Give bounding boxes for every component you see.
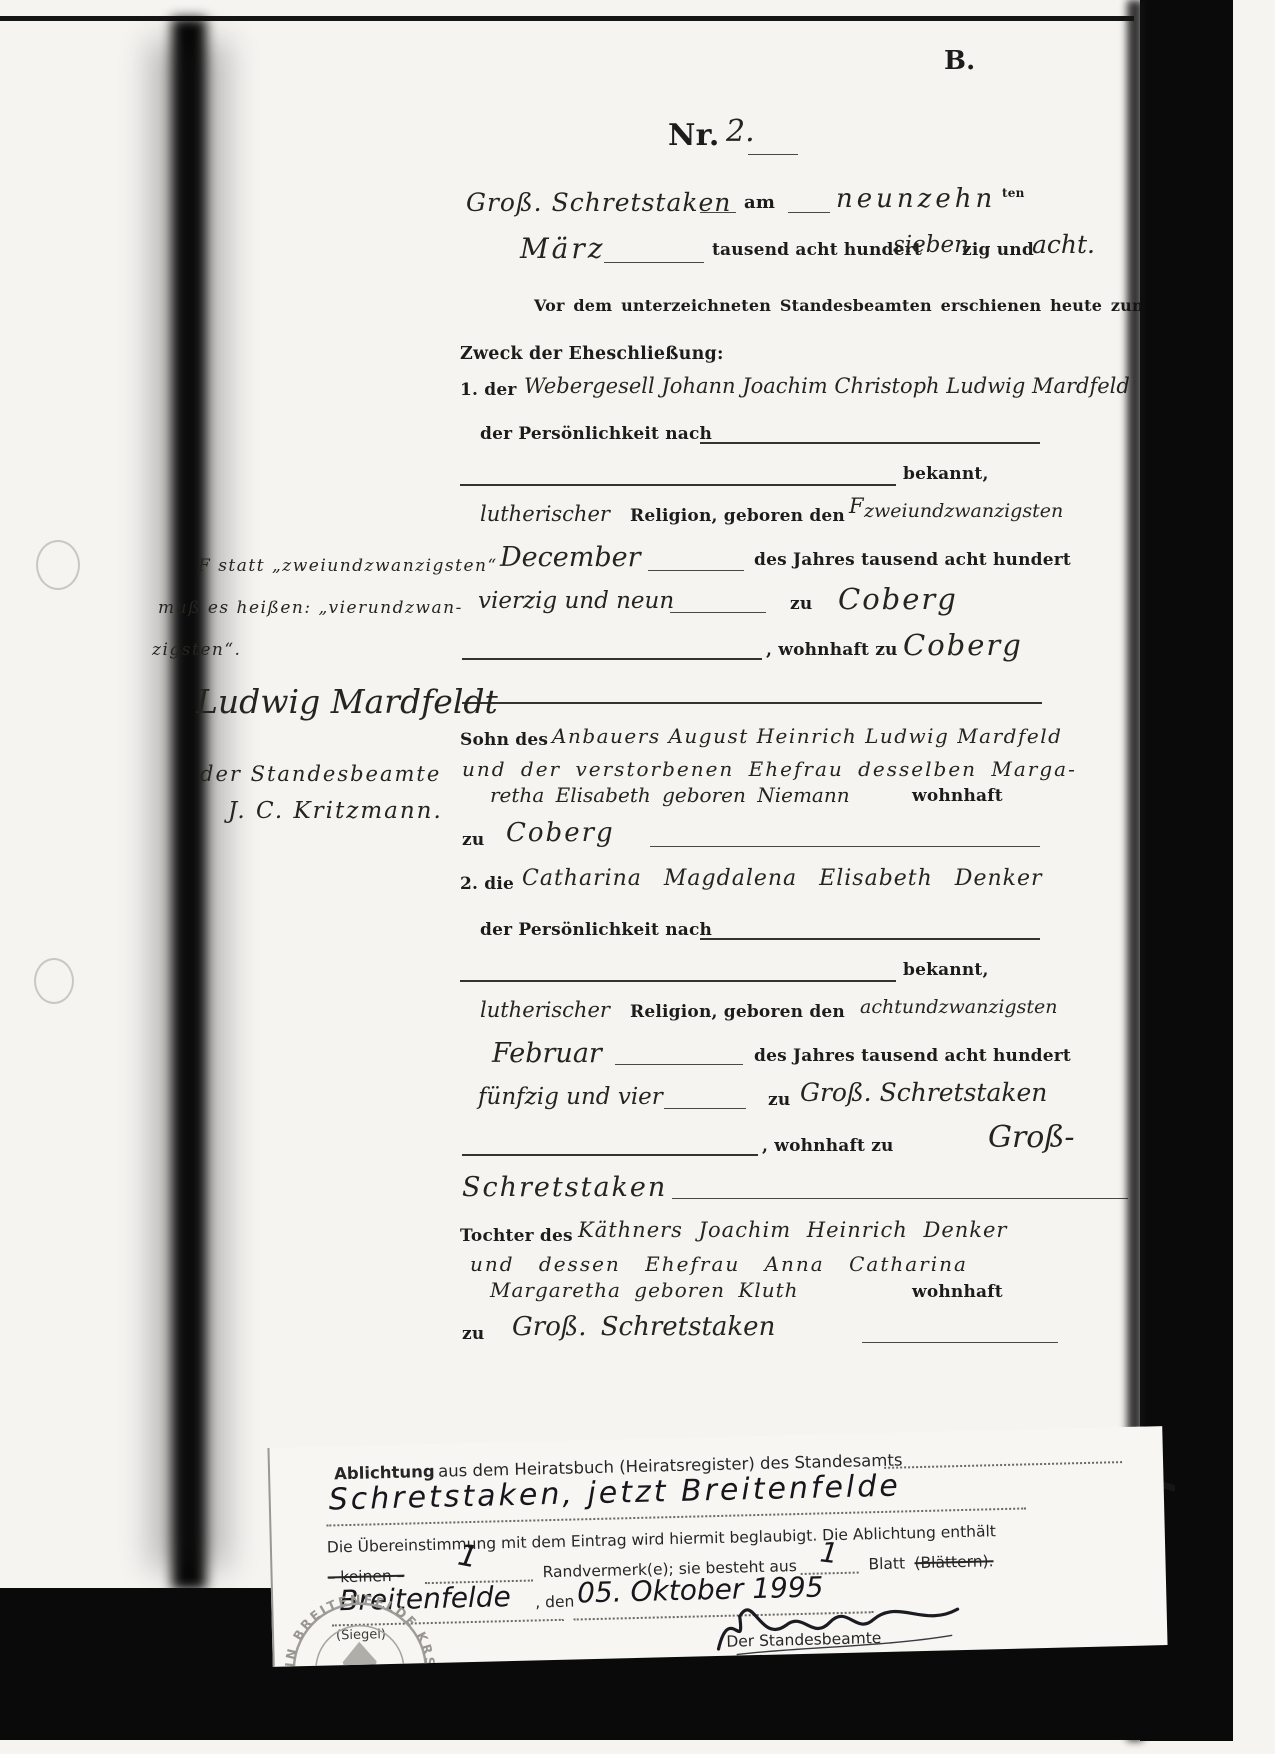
year-unit-hw: acht.	[1032, 230, 1095, 259]
bride-parents-line2: und dessen Ehefrau Anna Catharina	[470, 1252, 968, 1276]
certification-stamp-overlay: Ablichtung aus dem Heiratsbuch (Heiratsr…	[267, 1426, 1167, 1667]
den-label: , den	[535, 1593, 574, 1612]
margin-registrar-title: der Standesbeamte	[200, 762, 441, 786]
groom-item-label: 1. der	[460, 380, 517, 400]
left-toner-halo	[150, 40, 228, 1570]
bride-wohnhaft-label: wohnhaft	[912, 1282, 1003, 1302]
groom-zu-label: zu	[790, 594, 812, 614]
groom-parents-line1: Anbauers August Heinrich Ludwig Mardfeld	[552, 724, 1062, 748]
page-letter-mark: B.	[944, 46, 975, 76]
groom-birth-place: Coberg	[838, 582, 958, 616]
hole-punch-top	[36, 540, 80, 590]
bride-religion-label: Religion, geboren den	[630, 1002, 845, 1022]
groom-identity-label: der Persönlichkeit nach	[480, 424, 712, 444]
groom-birth-day: zweiundzwanzigsten	[864, 500, 1063, 522]
bride-birth-place: Groß. Schretstaken	[800, 1078, 1047, 1107]
margin-signature: Ludwig Mardfeldt	[196, 682, 498, 721]
groom-known-label: bekannt,	[903, 464, 989, 484]
record-number-value: 2.	[726, 114, 755, 149]
bride-religion: lutherischer	[480, 998, 610, 1022]
bride-parents-residence: Groß. Schretstaken	[512, 1312, 775, 1342]
groom-parents-zu-label: zu	[462, 830, 484, 850]
groom-parents-residence: Coberg	[506, 818, 615, 848]
divider-rule	[462, 702, 1042, 704]
swash-rule	[862, 1342, 1058, 1343]
blank-rule	[700, 442, 1040, 444]
groom-name: Webergesell Johann Joachim Christoph Lud…	[524, 374, 1130, 398]
bride-year-label: des Jahres tausend acht hundert	[754, 1046, 1071, 1066]
margin-registrar-name: J. C. Kritzmann.	[228, 798, 443, 824]
groom-parents-line2: und der verstorbenen Ehefrau desselben M…	[462, 757, 1077, 781]
swash-rule	[672, 1198, 1128, 1199]
groom-religion: lutherischer	[480, 502, 610, 526]
bride-residence-label: , wohnhaft zu	[762, 1136, 894, 1156]
seal-emblem	[342, 1641, 377, 1667]
top-edge-line	[0, 16, 1134, 21]
groom-residence: Coberg	[903, 628, 1023, 662]
dotted-leader	[884, 1461, 1122, 1469]
insertion-caret-mark: F	[849, 494, 864, 518]
official-signature	[701, 1591, 972, 1660]
bride-birth-day: achtundzwanzigsten	[860, 996, 1057, 1018]
record-number-label: Nr.	[668, 118, 720, 153]
blank-rule	[788, 212, 830, 213]
margin-note-line2: muß es heißen: „vierundzwan-	[158, 598, 463, 618]
blatt-count-handwritten: 1	[818, 1535, 840, 1570]
document-scan: B. Nr. 2. Groß. Schretstaken am neunzehn…	[0, 0, 1275, 1754]
bride-birth-year: fünfzig und vier	[478, 1084, 663, 1110]
bride-identity-label: der Persönlichkeit nach	[480, 920, 712, 940]
blank-rule	[650, 846, 1040, 847]
intro-line-2: Zweck der Eheschließung:	[460, 344, 724, 364]
groom-year-label: des Jahres tausend acht hundert	[754, 550, 1071, 570]
swash-rule	[700, 212, 736, 213]
bride-birth-month: Februar	[492, 1038, 602, 1069]
groom-birth-year: vierzig und neun	[478, 588, 674, 614]
groom-religion-label: Religion, geboren den	[630, 506, 845, 526]
swash-rule	[670, 612, 766, 613]
bride-parents-zu-label: zu	[462, 1324, 484, 1344]
swash-rule	[604, 262, 704, 263]
bride-known-label: bekannt,	[903, 960, 989, 980]
bride-residence-part1: Groß-	[988, 1120, 1075, 1155]
blank-rule	[460, 980, 896, 982]
bride-parents-line1: Käthners Joachim Heinrich Denker	[578, 1218, 1007, 1242]
day-suffix: ten	[1002, 186, 1025, 200]
groom-parents-line3: retha Elisabeth geboren Niemann	[490, 783, 850, 807]
blank-rule	[648, 570, 744, 571]
groom-residence-label: , wohnhaft zu	[766, 640, 898, 660]
record-place: Groß. Schretstaken	[466, 188, 731, 217]
am-label: am	[744, 192, 775, 213]
bride-name: Catharina Magdalena Elisabeth Denker	[522, 866, 1043, 891]
blank-rule	[462, 658, 762, 660]
blank-rule	[462, 1154, 758, 1156]
groom-wohnhaft-label: wohnhaft	[912, 786, 1003, 806]
certification-line2: Die Übereinstimmung mit dem Eintrag wird…	[327, 1522, 996, 1556]
bride-parents-label: Tochter des	[460, 1226, 573, 1246]
blatt-label: Blatt	[868, 1554, 905, 1573]
blank-rule	[748, 154, 798, 155]
bride-item-label: 2. die	[460, 874, 514, 894]
record-day: neunzehn	[836, 184, 996, 214]
zig-und-label: zig und	[962, 240, 1034, 260]
swash-rule	[664, 1108, 746, 1109]
year-decade-hw: sieben	[893, 232, 969, 258]
bride-zu-label: zu	[768, 1090, 790, 1110]
margin-note-line3: zigsten“.	[152, 640, 241, 660]
intro-line-1: Vor dem unterzeichneten Standesbeamten e…	[534, 296, 1149, 315]
hole-punch-bottom	[34, 958, 74, 1004]
blank-rule	[615, 1064, 743, 1065]
margin-note-line1: F statt „zweiundzwanzigsten“	[198, 556, 498, 576]
year-printed-label: tausend acht hundert	[712, 240, 922, 260]
blank-rule	[700, 938, 1040, 940]
record-month: März	[520, 232, 606, 265]
blaettern-label-struck: (Blättern).	[914, 1552, 993, 1572]
bride-parents-line3: Margaretha geboren Kluth	[490, 1278, 799, 1302]
blank-rule	[460, 484, 896, 486]
groom-birth-month: December	[500, 542, 641, 573]
official-seal: IN BREITENFELDE KRS · HZG	[275, 1582, 445, 1667]
groom-parents-label: Sohn des	[460, 730, 548, 750]
bride-residence-part2: Schretstaken	[462, 1172, 667, 1203]
